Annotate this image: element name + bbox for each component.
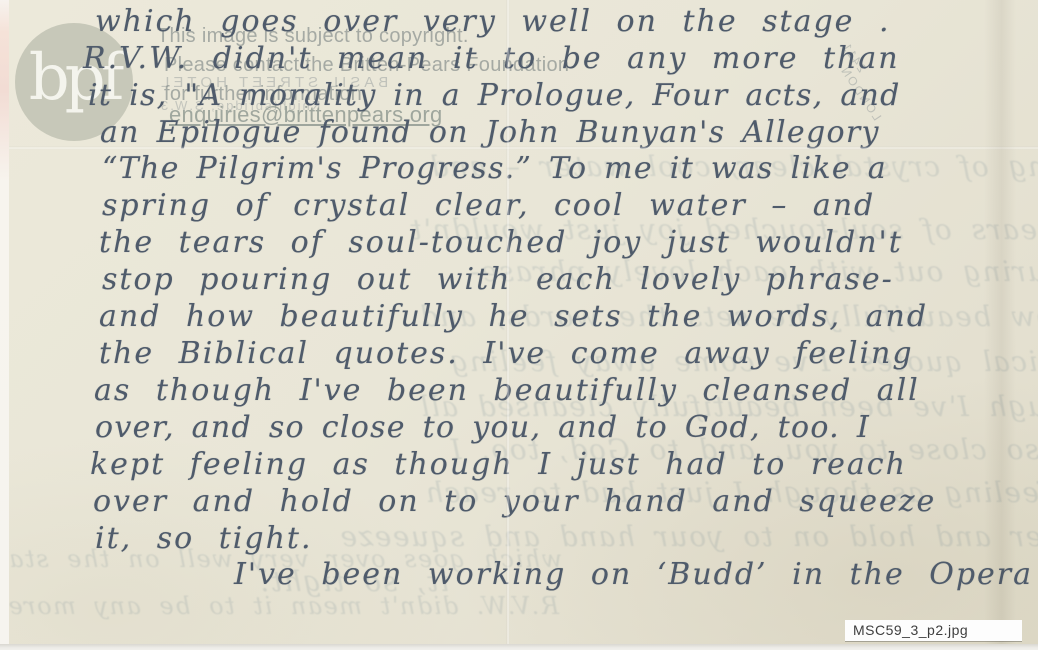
handwriting-line: R.V.W. didn't mean it to be any more tha… xyxy=(83,41,900,76)
handwriting-line: spring of crystal clear, cool water – an… xyxy=(102,188,875,223)
fold-crease-vertical xyxy=(506,0,510,644)
scan-filename-label: MSC59_3_p2.jpg xyxy=(845,620,1022,641)
scan-edge-bottom xyxy=(0,644,1038,650)
handwriting-line: the tears of soul-touched joy just would… xyxy=(99,225,903,260)
handwriting-line: it, so tight. xyxy=(95,521,312,556)
fold-shadow-right xyxy=(984,0,1016,644)
handwriting-line: it is, "A morality in a Prologue, Four a… xyxy=(88,78,901,113)
fold-crease-horizontal xyxy=(9,146,1038,150)
handwriting-line: and how beautifully he sets the words, a… xyxy=(99,299,928,334)
handwriting-line: “The Pilgrim's Progress.” To me it was l… xyxy=(102,151,887,186)
handwriting-line: an Epilogue found on John Bunyan's Alleg… xyxy=(100,115,880,150)
scanned-letter-page: BASIL STREET HOTEL Knightsbridge, S.W.3 … xyxy=(0,0,1038,650)
handwriting-line: I've been working on ‘Budd’ in the Opera xyxy=(234,557,1033,592)
scan-filename-text: MSC59_3_p2.jpg xyxy=(853,622,968,638)
handwriting-line: over and hold on to your hand and squeez… xyxy=(93,484,936,519)
letter-paper: BASIL STREET HOTEL Knightsbridge, S.W.3 … xyxy=(9,0,1038,644)
handwriting-line: stop pouring out with each lovely phrase… xyxy=(102,262,894,297)
handwriting-line: which goes over very well on the stage . xyxy=(95,4,890,39)
handwriting-line: kept feeling as though I just had to rea… xyxy=(90,447,907,482)
handwriting-line: over, and so close to you, and to God, t… xyxy=(95,410,870,445)
scan-edge-left xyxy=(0,0,9,650)
handwritten-text: which goes over very well on the stage .… xyxy=(9,0,1038,644)
